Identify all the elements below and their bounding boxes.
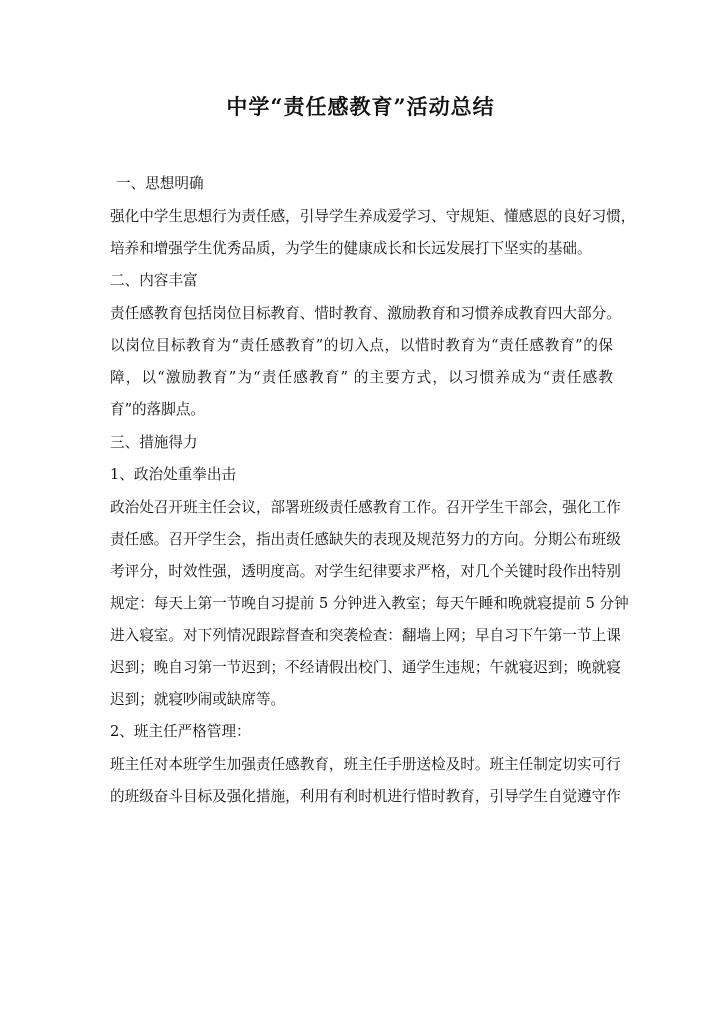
paragraph-line: 进入寝室。对下列情况跟踪督查和突袭检查：翻墙上网；早自习下午第一节上课 [110,626,613,646]
paragraph-line: 的班级奋斗目标及强化措施，利用有利时机进行惜时教育，引导学生自觉遵守作 [110,787,613,807]
paragraph-line: 政治处召开班主任会议，部署班级责任感教育工作。召开学生干部会，强化工作 [110,498,613,518]
document-page: 中学“责任感教育”活动总结 一、思想明确 强化中学生思想行为责任感，引导学生养成… [0,0,721,1020]
paragraph-line: 责任感教育包括岗位目标教育、惜时教育、激励教育和习惯养成教育四大部分。 [110,304,613,324]
document-title: 中学“责任感教育”活动总结 [0,94,721,120]
paragraph-line: 规定：每天上第一节晚自习提前 5 分钟进入教室；每天午睡和晚就寝提前 5 分钟 [110,594,613,614]
subsection-heading-1: 1、政治处重拳出击 [110,465,613,485]
paragraph-line: 考评分，时效性强，透明度高。对学生纪律要求严格，对几个关键时段作出特别 [110,562,613,582]
paragraph-line: 育”的落脚点。 [110,400,613,420]
section-heading-2: 二、内容丰富 [110,271,613,291]
paragraph-line: 以岗位目标教育为“责任感教育”的切入点，以惜时教育为“责任感教育”的保 [110,336,613,356]
section-heading-3: 三、措施得力 [110,433,613,453]
paragraph-line: 责任感。召开学生会，指出责任感缺失的表现及规范努力的方向。分期公布班级 [110,530,613,550]
subsection-heading-2: 2、班主任严格管理： [110,722,613,742]
paragraph-line: 强化中学生思想行为责任感，引导学生养成爱学习、守规矩、懂感恩的良好习惯， [110,207,613,227]
paragraph-line: 障，以“激励教育”为“责任感教育” 的主要方式，以习惯养成为“责任感教 [110,368,613,388]
paragraph-line: 迟到；就寝吵闹或缺席等。 [110,690,613,710]
section-heading-1: 一、思想明确 [116,174,619,194]
paragraph-line: 迟到；晚自习第一节迟到；不经请假出校门、通学生违规；午就寝迟到；晚就寝 [110,658,613,678]
paragraph-line: 培养和增强学生优秀品质，为学生的健康成长和长远发展打下坚实的基础。 [110,239,613,259]
paragraph-line: 班主任对本班学生加强责任感教育，班主任手册送检及时。班主任制定切实可行 [110,755,613,775]
